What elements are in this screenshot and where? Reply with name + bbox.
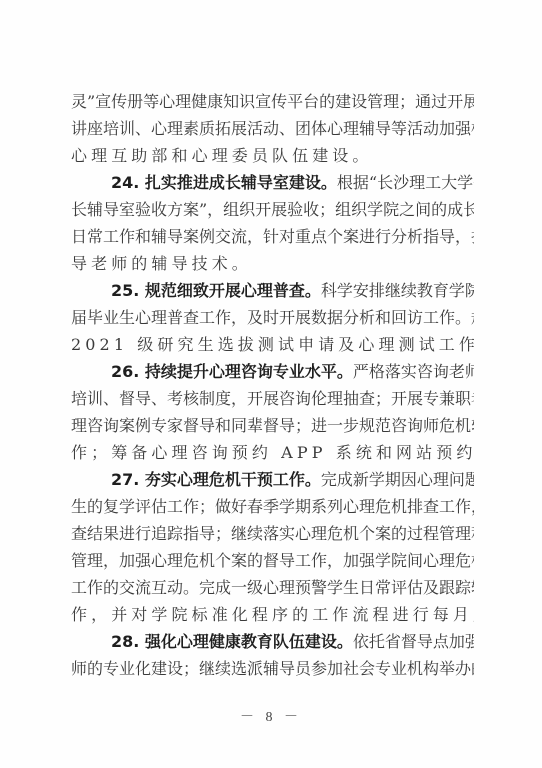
- text-line: 生的复学评估工作；做好春季学期系列心理危机排查工作，对排: [71, 493, 474, 520]
- text-run: 根据“长沙理工大学优秀成: [337, 173, 474, 192]
- paragraph-28-first-line: 28. 强化心理健康教育队伍建设。依托省督导点加强专职教: [71, 628, 474, 655]
- text-line: 管理，加强心理危机个案的督导工作，加强学院间心理危机干预: [71, 547, 474, 574]
- section-heading-26: 26. 持续提升心理咨询专业水平。: [111, 362, 353, 381]
- paragraph-26-first-line: 26. 持续提升心理咨询专业水平。严格落实咨询老师的选拔、: [71, 358, 474, 385]
- section-heading-27: 27. 夯实心理危机干预工作。: [111, 470, 321, 489]
- text-run: 依托省督导点加强专职教: [353, 632, 474, 651]
- section-heading-28: 28. 强化心理健康教育队伍建设。: [111, 632, 353, 651]
- text-line: 师的专业化建设；继续选派辅导员参加社会专业机构举办的辅导: [71, 655, 474, 682]
- text-line: 理咨询案例专家督导和同辈督导；进一步规范咨询师危机转介工: [71, 412, 474, 439]
- section-heading-24: 24. 扎实推进成长辅导室建设。: [111, 173, 337, 192]
- text-line: 导老师的辅导技术。: [71, 250, 474, 277]
- document-body: 灵”宣传册等心理健康知识宣传平台的建设管理；通过开展知识 讲座培训、心理素质拓展…: [71, 88, 474, 682]
- text-line: 日常工作和辅导案例交流，针对重点个案进行分析指导，提升辅: [71, 223, 474, 250]
- text-line: 讲座培训、心理素质拓展活动、团体心理辅导等活动加强校朋辈: [71, 115, 474, 142]
- text-line: 培训、督导、考核制度，开展咨询伦理抽查；开展专兼职老师心: [71, 385, 474, 412]
- page-number: － 8 －: [0, 706, 542, 726]
- text-run: 科学安排继续教育学院、2021: [321, 281, 474, 300]
- section-heading-25: 25. 规范细致开展心理普查。: [111, 281, 321, 300]
- text-run: 完成新学期因心理问题休学学: [321, 470, 474, 489]
- text-line: 心理互助部和心理委员队伍建设。: [71, 142, 474, 169]
- text-line: 灵”宣传册等心理健康知识宣传平台的建设管理；通过开展知识: [71, 88, 474, 115]
- paragraph-24-first-line: 24. 扎实推进成长辅导室建设。根据“长沙理工大学优秀成: [71, 169, 474, 196]
- text-line: 作，并对学院标准化程序的工作流程进行每月反馈。: [71, 601, 474, 628]
- text-line: 届毕业生心理普查工作，及时开展数据分析和回访工作。规范: [71, 304, 474, 331]
- text-line: 查结果进行追踪指导；继续落实心理危机个案的过程管理和分级: [71, 520, 474, 547]
- text-run: 严格落实咨询老师的选拔、: [353, 362, 474, 381]
- paragraph-25-first-line: 25. 规范细致开展心理普查。科学安排继续教育学院、2021: [71, 277, 474, 304]
- document-page: 灵”宣传册等心理健康知识宣传平台的建设管理；通过开展知识 讲座培训、心理素质拓展…: [0, 0, 542, 768]
- paragraph-27-first-line: 27. 夯实心理危机干预工作。完成新学期因心理问题休学学: [71, 466, 474, 493]
- text-line: 长辅导室验收方案”，组织开展验收；组织学院之间的成长辅导: [71, 196, 474, 223]
- text-line: 作；筹备心理咨询预约 APP 系统和网站预约模块的建设。: [71, 439, 474, 466]
- text-line: 2021 级研究生选拔测试申请及心理测试工作。: [71, 331, 474, 358]
- text-line: 工作的交流互动。完成一级心理预警学生日常评估及跟踪辅导工: [71, 574, 474, 601]
